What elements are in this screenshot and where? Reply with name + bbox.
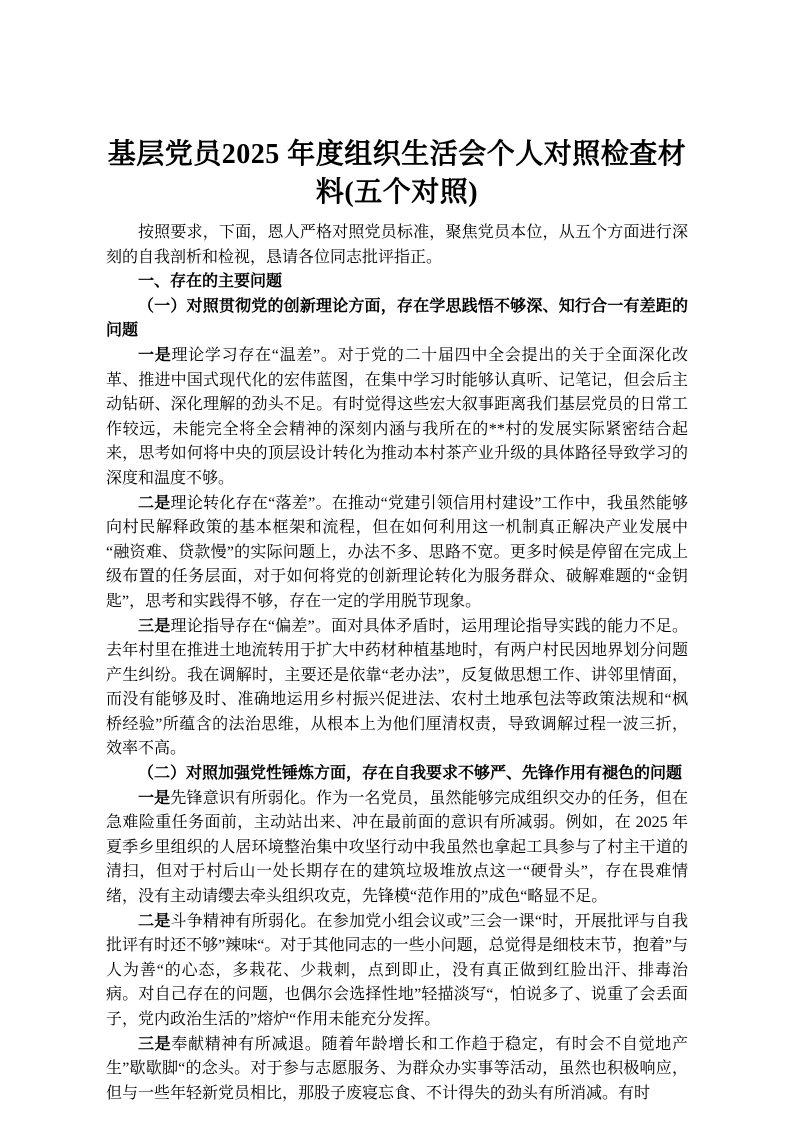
paragraph-text: 先锋意识有所弱化。作为一名党员，虽然能够完成组织交办的任务，但在急难险重任务面前… (106, 790, 688, 905)
subsection2-heading: （二）对照加强党性锤炼方面，存在自我要求不够严、先锋作用有褪色的问题 (106, 762, 688, 787)
document-title: 基层党员2025 年度组织生活会个人对照检查材料(五个对照) (106, 136, 688, 212)
paragraph-sub2-3: 三是奉献精神有所减退。随着年龄增长和工作趋于稳定，有时会不自觉地产生”歇歇脚“的… (106, 1033, 688, 1107)
paragraph-text: 斗争精神有所弱化。在参加党小组会议或”三会一课“时，开展批评与自我批评有时还不够… (106, 913, 688, 1028)
paragraph-sub2-2: 二是斗争精神有所弱化。在参加党小组会议或”三会一课“时，开展批评与自我批评有时还… (106, 910, 688, 1033)
paragraph-lead: 二是 (138, 913, 170, 930)
paragraph-sub1-1: 一是理论学习存在“温差”。对于党的二十届四中全会提出的关于全面深化改革、推进中国… (106, 344, 688, 492)
paragraph-text: 理论指导存在“偏差”。面对具体矛盾时，运用理论指导实践的能力不足。去年村里在推进… (106, 618, 688, 758)
document-page: 基层党员2025 年度组织生活会个人对照检查材料(五个对照) 按照要求，下面，恩… (0, 0, 793, 1121)
paragraph-sub1-2: 二是理论转化存在“落差”。在推动“党建引领信用村建设”工作中，我虽然能够向村民解… (106, 492, 688, 615)
paragraph-sub2-1: 一是先锋意识有所弱化。作为一名党员，虽然能够完成组织交办的任务，但在急难险重任务… (106, 787, 688, 910)
paragraph-lead: 三是 (138, 1036, 171, 1053)
paragraph-lead: 一是 (138, 790, 170, 807)
paragraph-text: 理论转化存在“落差”。在推动“党建引领信用村建设”工作中，我虽然能够向村民解释政… (106, 495, 688, 610)
paragraph-text: 理论学习存在“温差”。对于党的二十届四中全会提出的关于全面深化改革、推进中国式现… (106, 347, 688, 487)
paragraph-lead: 一是 (138, 347, 171, 364)
intro-paragraph: 按照要求，下面，恩人严格对照党员标准，聚焦党员本位，从五个方面进行深刻的自我剖析… (106, 221, 688, 270)
section1-heading: 一、存在的主要问题 (106, 270, 688, 295)
paragraph-sub1-3: 三是理论指导存在“偏差”。面对具体矛盾时，运用理论指导实践的能力不足。去年村里在… (106, 615, 688, 763)
subsection1-heading: （一）对照贯彻党的创新理论方面，存在学思践悟不够深、知行合一有差距的问题 (106, 295, 688, 344)
paragraph-lead: 三是 (138, 618, 170, 635)
paragraph-lead: 二是 (138, 495, 171, 512)
paragraph-text: 奉献精神有所减退。随着年龄增长和工作趋于稳定，有时会不自觉地产生”歇歇脚“的念头… (106, 1036, 688, 1102)
